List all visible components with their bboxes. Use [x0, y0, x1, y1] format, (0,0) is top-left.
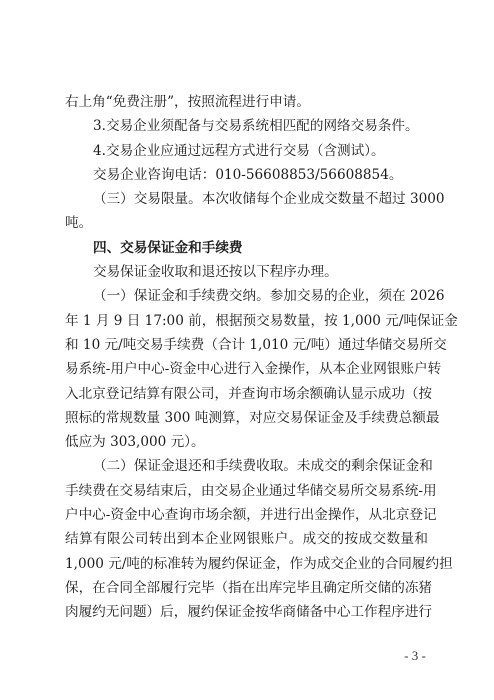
text-line: 低应为 303,000 元）。 — [65, 430, 428, 454]
text-line: 结算有限公司转出到本企业网银账户。成交的按成交数量和 — [65, 527, 428, 551]
text-line: 照标的常规数量 300 吨测算，对应交易保证金及手续费总额最 — [65, 406, 428, 430]
text-line: 年 1 月 9 日 17:00 前，根据预交易数量，按 1,000 元/吨保证金 — [65, 309, 428, 333]
page-number: - 3 - — [390, 648, 440, 664]
text-line: 户中心-资金中心查询市场余额，并进行出金操作，从北京登记 — [65, 503, 428, 527]
text-line: （二）保证金退还和手续费收取。未成交的剩余保证金和 — [65, 454, 428, 478]
text-line: 1,000 元/吨的标准转为履约保证金，作为成交企业的合同履约担 — [65, 552, 428, 576]
text-line: 交易保证金收取和退还按以下程序办理。 — [65, 260, 428, 284]
text-line: 4.交易企业应通过远程方式进行交易（含测试）。 — [65, 139, 428, 163]
section-heading: 四、交易保证金和手续费 — [65, 236, 428, 260]
text-line: 入北京登记结算有限公司，并查询市场余额确认显示成功（按 — [65, 382, 428, 406]
text-line: 易系统-用户中心-资金中心进行入金操作，从本企业网银账户转 — [65, 357, 428, 381]
contact-phone-line: 交易企业咨询电话：010-56608853/56608854。 — [65, 163, 428, 187]
text-line: 肉履约无问题）后，履约保证金按华商储备中心工作程序进行 — [65, 600, 428, 624]
document-body: 右上角“免费注册”，按照流程进行申请。 3.交易企业须配备与交易系统相匹配的网络… — [65, 90, 428, 625]
text-line: （一）保证金和手续费交纳。参加交易的企业，须在 2026 — [65, 284, 428, 308]
text-line: 和 10 元/吨交易手续费（合计 1,010 元/吨）通过华储交易所交 — [65, 333, 428, 357]
text-line: 3.交易企业须配备与交易系统相匹配的网络交易条件。 — [65, 114, 428, 138]
text-line: 保，在合同全部履行完毕（指在出库完毕且确定所交储的冻猪 — [65, 576, 428, 600]
text-line: 手续费在交易结束后，由交易企业通过华储交易所交易系统-用 — [65, 479, 428, 503]
text-line: （三）交易限量。本次收储每个企业成交数量不超过 3000 — [65, 187, 428, 211]
text-line: 吨。 — [65, 211, 428, 235]
text-line: 右上角“免费注册”，按照流程进行申请。 — [65, 90, 428, 114]
